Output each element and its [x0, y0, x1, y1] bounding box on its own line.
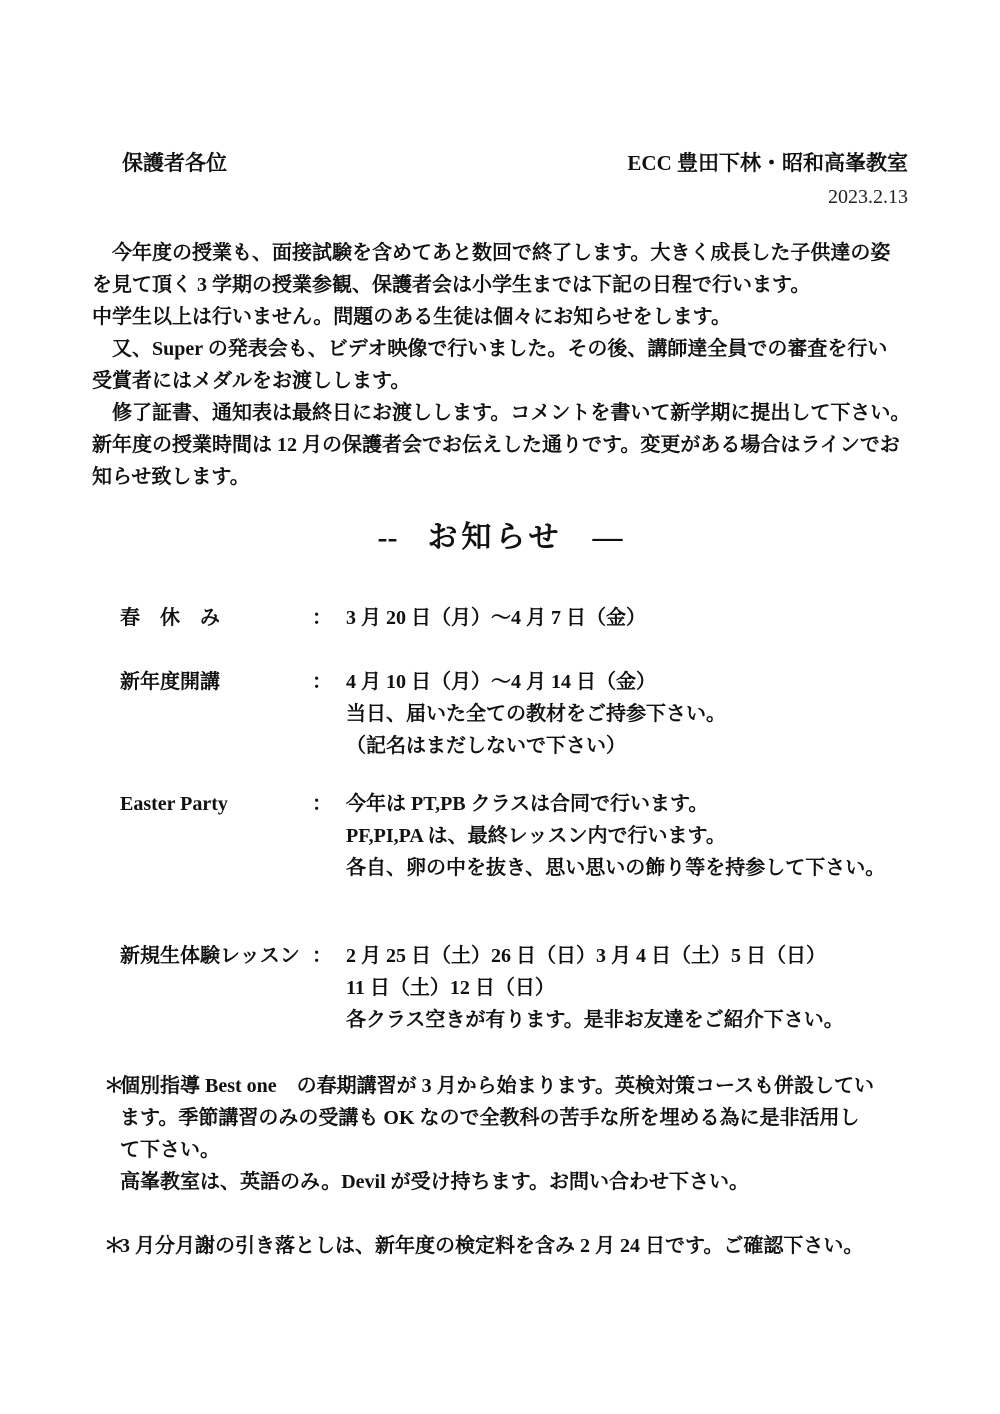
notice-colon: ：	[312, 788, 346, 820]
notice-colon: ：	[312, 940, 346, 972]
school-name: ECC 豊田下林・昭和高峯教室	[627, 150, 908, 176]
notice-line: 各自、卵の中を抜き、思い思いの飾り等を持参して下さい。	[346, 852, 908, 884]
footnote-line: て下さい。	[120, 1134, 908, 1166]
notice-line: 今年は PT,PB クラスは合同で行います。	[346, 788, 908, 820]
notice-label: 新年度開講	[120, 666, 312, 698]
intro-line: 中学生以上は行いません。問題のある生徒は個々にお知らせをします。	[92, 301, 908, 333]
notice-line: 3 月 20 日（月）～4 月 7 日（金）	[346, 602, 908, 634]
asterisk-marker: ＊	[104, 1230, 120, 1262]
heading-dash-left: --	[377, 520, 397, 556]
notice-content: 4 月 10 日（月）～4 月 14 日（金） 当日、届いた全ての教材をご持参下…	[346, 666, 908, 762]
heading-title: お知らせ	[427, 520, 562, 556]
intro-line: 修了証書、通知表は最終日にお渡しします。コメントを書いて新学期に提出して下さい。	[92, 397, 908, 429]
footnote-line: 個別指導 Best one の春期講習が 3 月から始まります。英検対策コースも…	[120, 1070, 908, 1102]
heading-dash-right: ―	[593, 520, 623, 556]
notice-label: Easter Party	[120, 788, 312, 820]
asterisk-marker: ＊	[104, 1070, 120, 1102]
notice-item-easter-party: Easter Party ： 今年は PT,PB クラスは合同で行います。 PF…	[120, 788, 908, 884]
footnotes: ＊ 個別指導 Best one の春期講習が 3 月から始まります。英検対策コー…	[104, 1070, 908, 1262]
notice-item-trial-lesson: 新規生体験レッスン ： 2 月 25 日（土）26 日（日）3 月 4 日（土）…	[120, 940, 908, 1036]
notice-line: 各クラス空きが有ります。是非お友達をご紹介下さい。	[346, 1004, 908, 1036]
notice-content: 2 月 25 日（土）26 日（日）3 月 4 日（土）5 日（日） 11 日（…	[346, 940, 908, 1036]
date-row: 2023.2.13	[92, 186, 908, 209]
document-date: 2023.2.13	[828, 186, 908, 208]
notice-line: 2 月 25 日（土）26 日（日）3 月 4 日（土）5 日（日）	[346, 940, 908, 972]
notice-line: PF,PI,PA は、最終レッスン内で行います。	[346, 820, 908, 852]
notice-label: 新規生体験レッスン	[120, 940, 312, 972]
recipient: 保護者各位	[122, 150, 227, 176]
intro-line: 知らせ致します。	[92, 461, 908, 493]
notice-label: 春 休 み	[120, 602, 312, 634]
footnote-text: 個別指導 Best one の春期講習が 3 月から始まります。英検対策コースも…	[120, 1070, 908, 1198]
notice-colon: ：	[312, 666, 346, 698]
notice-document: 保護者各位 ECC 豊田下林・昭和高峯教室 2023.2.13 今年度の授業も、…	[0, 0, 1000, 1414]
intro-line: 今年度の授業も、面接試験を含めてあと数回で終了します。大きく成長した子供達の姿	[92, 237, 908, 269]
notice-line: 4 月 10 日（月）～4 月 14 日（金）	[346, 666, 908, 698]
notice-item-spring-break: 春 休 み ： 3 月 20 日（月）～4 月 7 日（金）	[120, 602, 908, 634]
intro-paragraph: 今年度の授業も、面接試験を含めてあと数回で終了します。大きく成長した子供達の姿 …	[92, 237, 908, 493]
notice-line: 11 日（土）12 日（日）	[346, 972, 908, 1004]
notice-colon: ：	[312, 602, 346, 634]
notice-item-new-term: 新年度開講 ： 4 月 10 日（月）～4 月 14 日（金） 当日、届いた全て…	[120, 666, 908, 762]
intro-line: を見て頂く 3 学期の授業参観、保護者会は小学生までは下記の日程で行います。	[92, 269, 908, 301]
notice-line: 当日、届いた全ての教材をご持参下さい。	[346, 698, 908, 730]
footnote-line: ます。季節講習のみの受講も OK なので全教科の苦手な所を埋める為に是非活用し	[120, 1102, 908, 1134]
footnote-text: 3 月分月謝の引き落としは、新年度の検定料を含み 2 月 24 日です。ご確認下…	[120, 1230, 908, 1262]
notice-content: 3 月 20 日（月）～4 月 7 日（金）	[346, 602, 908, 634]
notice-list: 春 休 み ： 3 月 20 日（月）～4 月 7 日（金） 新年度開講 ： 4…	[120, 602, 908, 1036]
footnote-line: 3 月分月謝の引き落としは、新年度の検定料を含み 2 月 24 日です。ご確認下…	[120, 1230, 908, 1262]
footnote-bestone: ＊ 個別指導 Best one の春期講習が 3 月から始まります。英検対策コー…	[104, 1070, 908, 1198]
footnote-line: 高峯教室は、英語のみ。Devil が受け持ちます。お問い合わせ下さい。	[120, 1166, 908, 1198]
notice-line: （記名はまだしないで下さい）	[346, 730, 908, 762]
document-header: 保護者各位 ECC 豊田下林・昭和高峯教室	[92, 150, 908, 176]
footnote-payment: ＊ 3 月分月謝の引き落としは、新年度の検定料を含み 2 月 24 日です。ご確…	[104, 1230, 908, 1262]
intro-line: 受賞者にはメダルをお渡しします。	[92, 365, 908, 397]
notice-heading: -- お知らせ ―	[92, 520, 908, 556]
notice-content: 今年は PT,PB クラスは合同で行います。 PF,PI,PA は、最終レッスン…	[346, 788, 908, 884]
intro-line: 又、Super の発表会も、ビデオ映像で行いました。その後、講師達全員での審査を…	[92, 333, 908, 365]
intro-line: 新年度の授業時間は 12 月の保護者会でお伝えした通りです。変更がある場合はライ…	[92, 429, 908, 461]
